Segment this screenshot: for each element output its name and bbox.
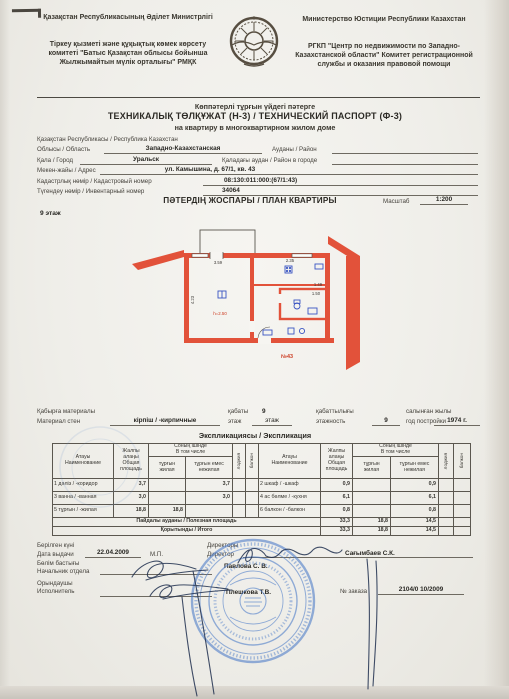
order-value: 2104/0 10/2009 xyxy=(378,586,464,595)
kazakhstan-emblem-icon xyxy=(224,12,284,72)
org-russian-ministry: Министерство Юстиции Республики Казахста… xyxy=(288,15,480,24)
expl-cell xyxy=(246,505,259,518)
field-raion-value xyxy=(332,145,478,154)
executor-signature-line xyxy=(100,588,212,597)
expl-header-loggia-right: лоджия xyxy=(439,444,454,479)
floor-value-unit: этаж xyxy=(252,417,292,426)
expl-cell xyxy=(353,492,391,505)
table-footer-row: Пайдалы ауданы / Полезная площадь 33,3 1… xyxy=(53,518,471,527)
field-oblast-label: Облысы / Область xyxy=(37,146,90,154)
issue-date: 22.04.2009 xyxy=(85,549,141,558)
ceiling-height-label: h=2.50 xyxy=(213,311,227,316)
expl-cell xyxy=(454,518,471,527)
expl-header-balcony-right: балкон xyxy=(454,444,471,479)
field-city-label: Қала / Город xyxy=(37,157,73,165)
executor-name: Плешкова Т.В. xyxy=(226,589,271,596)
dim-room-height: 4.23 xyxy=(190,295,195,304)
issued-label-ru: Дата выдачи xyxy=(37,551,74,559)
floor-label-ru: этаж xyxy=(228,418,241,426)
floor-label-kk: қабаты xyxy=(228,408,248,416)
expl-cell: 6 балкон / -балкон xyxy=(259,505,321,518)
expl-cell: 6,1 xyxy=(321,492,353,505)
scanned-technical-passport-page: Қазақстан Республикасының Әділет Министр… xyxy=(0,0,509,699)
mp-seal-label: М.П. xyxy=(150,551,163,559)
issued-label-kk: Берілген күні xyxy=(37,542,74,550)
org-kazakh-committee: Тіркеу қызметі және құқықтық көмек көрсе… xyxy=(35,40,221,68)
dim-kitchen-width: 2.35 xyxy=(286,258,295,263)
doc-subtitle-ru: на квартиру в многоквартирном жилом доме xyxy=(105,123,405,132)
expl-cell: 6,1 xyxy=(391,492,439,505)
expl-cell xyxy=(149,492,186,505)
expl-cell xyxy=(454,527,471,536)
expl-cell: 3 ванна / -ванная xyxy=(53,492,114,505)
expl-cell xyxy=(246,479,259,492)
expl-cell xyxy=(454,479,471,492)
expl-cell: 3,7 xyxy=(114,479,149,492)
expl-cell xyxy=(149,479,186,492)
scan-edge-right xyxy=(484,0,509,699)
field-country: Қазақстан Республикасы / Республика Каза… xyxy=(37,136,178,144)
org-russian-center: РГКП "Центр по недвижимости по Западно-К… xyxy=(286,42,482,70)
expl-subheader-nonliving-right: тұрғын емеснежилая xyxy=(391,457,439,479)
expl-cell: 0,9 xyxy=(321,479,353,492)
expl-cell: 33,3 xyxy=(321,527,353,536)
plan-floor-note: 9 этаж xyxy=(40,210,61,217)
storeys-label-kk: қабаттылығы xyxy=(316,408,354,416)
expl-cell: 0,9 xyxy=(391,479,439,492)
expl-cell: 14,5 xyxy=(391,527,439,536)
walls-label-ru: Материал стен xyxy=(37,418,80,426)
field-cadastre-value: 08:130:011:000:(67/1:43) xyxy=(224,177,297,184)
plumbing-fixtures xyxy=(218,264,323,335)
expl-subheader-nonliving-left: тұрғын емеснежилая xyxy=(186,457,233,479)
field-city-raion-value xyxy=(332,156,478,165)
floor-plan: 3.59 2.35 4.23 1.49 1.50 h=2.50 №43 xyxy=(130,222,370,372)
field-raion-label: Ауданы / Район xyxy=(272,146,317,154)
paper-clip-mark xyxy=(12,9,41,19)
expl-header-loggia-left: лоджия xyxy=(233,444,246,479)
expl-cell: 3,7 xyxy=(186,479,233,492)
field-city-value: Уральск xyxy=(80,156,212,165)
head-label-ru: Начальник отдела xyxy=(37,568,89,576)
dimension-labels: 3.59 2.35 4.23 1.49 1.50 xyxy=(190,258,323,304)
expl-cell: 14,5 xyxy=(391,518,439,527)
expl-cell xyxy=(353,505,391,518)
director-label-ru: Директор xyxy=(207,551,234,559)
walls xyxy=(132,236,360,370)
explication-heading: Экспликациясы / Экспликация xyxy=(105,431,405,440)
scan-edge-left xyxy=(0,0,10,699)
expl-cell: 5 тұрғын / -жилая xyxy=(53,505,114,518)
table-row: 1 дәліз / -коридор 3,7 3,7 2 шкаф / -шка… xyxy=(53,479,471,492)
expl-cell xyxy=(233,505,246,518)
expl-subheader-living-left: тұрғынжилая xyxy=(149,457,186,479)
expl-subheader-living-right: тұрғынжилая xyxy=(353,457,391,479)
year-label-kk: салынған жылы xyxy=(406,408,452,416)
expl-cell xyxy=(439,527,454,536)
expl-header-name-right: АтауыНаименование xyxy=(259,444,321,479)
expl-cell: 2 шкаф / -шкаф xyxy=(259,479,321,492)
field-inventory-value: 34064 xyxy=(222,187,240,194)
expl-footer-label: Қорытынды / Итого xyxy=(53,527,321,536)
table-row: 3 ванна / -ванная 3,0 3,0 4 ас бөлме / -… xyxy=(53,492,471,505)
doc-subtitle-kk: Көппәтерлі тұрғын үйдегі пәтерге xyxy=(105,102,405,111)
expl-header-balcony-left: балкон xyxy=(246,444,259,479)
expl-header-total-left: Жалпы алаңыОбщая площадь xyxy=(114,444,149,479)
walls-value: кірпіш / -кирпичные xyxy=(110,417,220,426)
dim-bath-2: 1.50 xyxy=(312,291,321,296)
storeys-label-ru: этажность xyxy=(316,418,345,426)
year-value: 1974 г. xyxy=(434,417,480,426)
expl-cell xyxy=(439,492,454,505)
walls-label-kk: Қабырға материалы xyxy=(37,408,95,416)
expl-cell: 3,0 xyxy=(114,492,149,505)
table-footer-row: Қорытынды / Итого 33,3 18,8 14,5 xyxy=(53,527,471,536)
scan-edge-bottom xyxy=(0,686,509,699)
director-label-kk: Директоры xyxy=(207,542,238,550)
executor-label-kk: Орындаушы xyxy=(37,580,73,588)
head-name: Павлова С. В. xyxy=(224,563,268,570)
expl-cell xyxy=(233,479,246,492)
dim-bath-1: 1.49 xyxy=(314,282,323,287)
plan-scale-value: 1:200 xyxy=(420,196,468,205)
balcony-outline xyxy=(200,230,255,254)
expl-cell xyxy=(186,505,233,518)
expl-cell: 1 дәліз / -коридор xyxy=(53,479,114,492)
plan-scale-label: Масштаб xyxy=(383,198,409,206)
expl-cell: 18,8 xyxy=(114,505,149,518)
apartment-number-label: №43 xyxy=(281,354,293,360)
expl-cell xyxy=(439,518,454,527)
floor-value: 9 xyxy=(262,408,266,415)
table-row: 5 тұрғын / -жилая 18,8 18,8 6 балкон / -… xyxy=(53,505,471,518)
expl-header-name-left: АтауыНаименование xyxy=(53,444,114,479)
expl-cell xyxy=(454,505,471,518)
expl-cell: 18,8 xyxy=(353,518,391,527)
expl-cell: 0,8 xyxy=(321,505,353,518)
expl-cell xyxy=(439,479,454,492)
field-inventory-line xyxy=(203,187,478,196)
expl-cell: 4 ас бөлме / -кухня xyxy=(259,492,321,505)
expl-cell xyxy=(439,505,454,518)
dim-room-width: 3.59 xyxy=(214,260,223,265)
expl-cell xyxy=(246,492,259,505)
expl-cell xyxy=(353,479,391,492)
plan-heading: ПӘТЕРДІҢ ЖОСПАРЫ / ПЛАН КВАРТИРЫ xyxy=(110,196,390,205)
expl-cell: 18,8 xyxy=(353,527,391,536)
head-signature-line xyxy=(100,566,212,575)
org-kazakh-ministry: Қазақстан Республикасының Әділет Министр… xyxy=(38,13,218,22)
field-oblast-value: Западно-Казахстанская xyxy=(104,145,262,154)
doc-title: ТЕХНИКАЛЫҚ ТӨЛҚҰЖАТ (Н-3) / ТЕХНИЧЕСКИЙ … xyxy=(35,111,475,121)
director-name: Сағымбаев С.К. xyxy=(345,550,395,557)
expl-header-incl-left: Соның ішіндеВ том числе xyxy=(149,444,233,457)
expl-cell xyxy=(233,492,246,505)
expl-cell: 0,8 xyxy=(391,505,439,518)
expl-cell: 33,3 xyxy=(321,518,353,527)
expl-cell: 3,0 xyxy=(186,492,233,505)
storeys-value: 9 xyxy=(372,417,400,426)
executor-label-ru: Исполнитель xyxy=(37,588,75,596)
expl-header-total-right: Жалпы алаңыОбщая площадь xyxy=(321,444,353,479)
field-address-label: Мекен-жайы / Адрес xyxy=(37,167,96,175)
expl-footer-label: Пайдалы ауданы / Полезная площадь xyxy=(53,518,321,527)
expl-cell: 18,8 xyxy=(149,505,186,518)
order-label: № заказа xyxy=(340,588,367,596)
field-address-value: ул. Камышина, д. 67/1, кв. 43 xyxy=(110,166,310,173)
expl-header-incl-right: Соның ішіндеВ том числе xyxy=(353,444,439,457)
head-label-kk: Бөлім бастығы xyxy=(37,560,79,568)
header-divider xyxy=(37,97,480,98)
explication-table: АтауыНаименование Жалпы алаңыОбщая площа… xyxy=(52,443,471,536)
field-inventory-label: Түгендеу нөмір / Инвентарный номер xyxy=(37,188,144,196)
expl-cell xyxy=(454,492,471,505)
field-city-raion-label: Қаладағы аудан / Район в городе xyxy=(222,157,317,165)
field-cadastre-label: Кадастрлық нөмір / Кадастровый номер xyxy=(37,178,152,186)
